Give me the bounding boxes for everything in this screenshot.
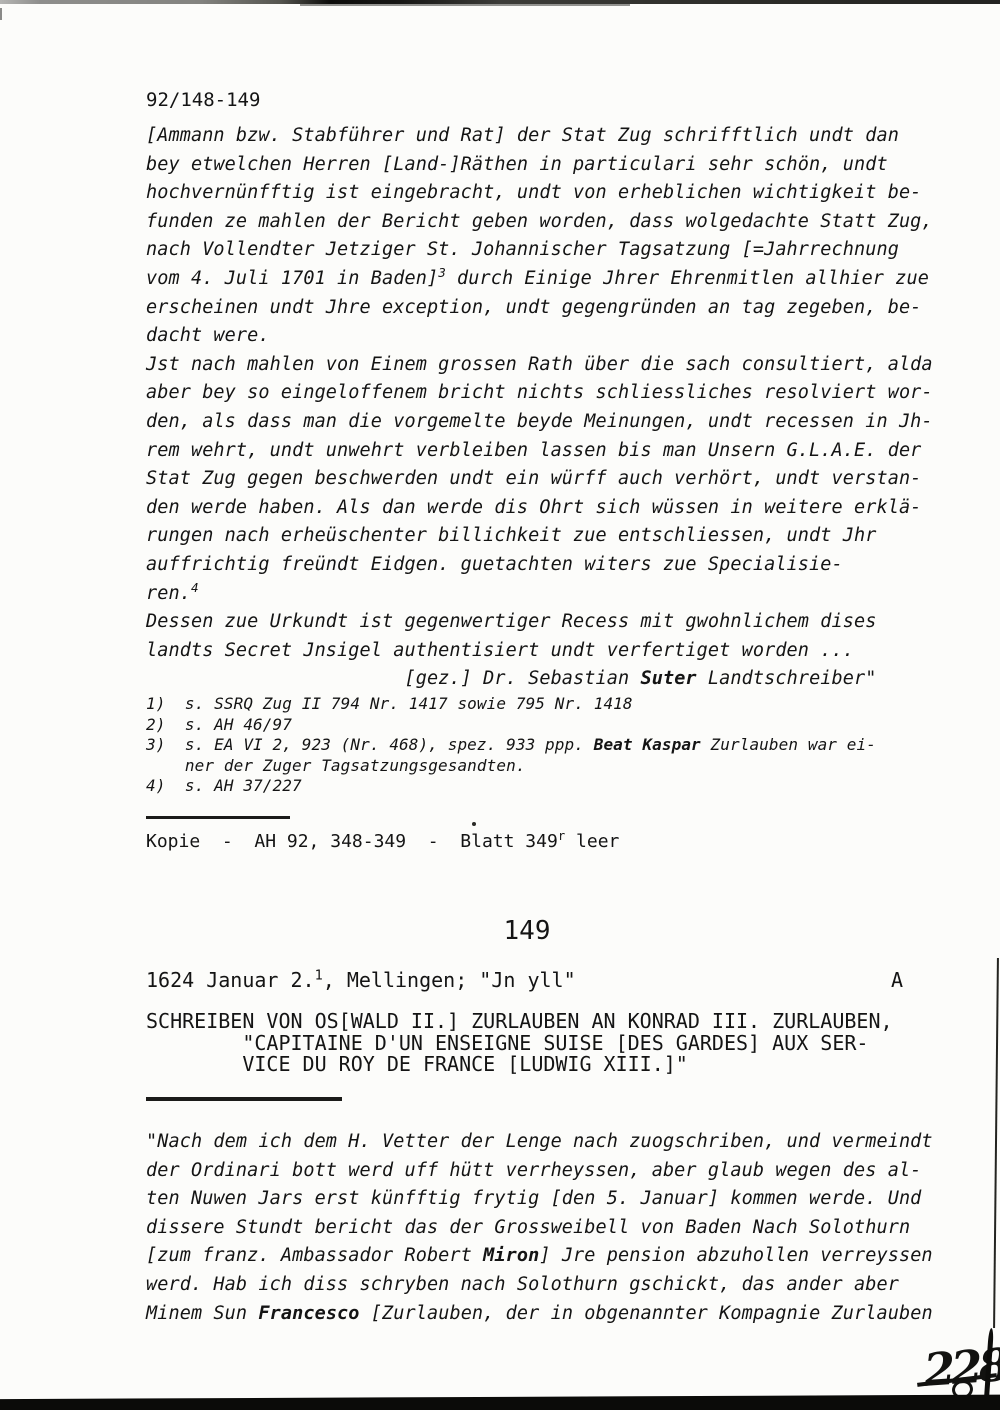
text-line: vom 4. Juli 1701 in Baden]3 durch Einige… [146,265,933,294]
text-line: rungen nach erheüschenter billichkeit zu… [146,522,933,551]
text-line: nach Vollendter Jetziger St. Johannische… [146,236,933,265]
text-line: funden ze mahlen der Bericht geben worde… [146,208,933,237]
record-149-date: 1624 Januar 2.1, Mellingen; "Jn yll" [146,967,576,993]
scan-artifact-top-bar-detail [300,4,630,6]
text-line: der Ordinari bott werd uff hütt verrheys… [146,1157,933,1186]
page-reference: 92/148-149 [146,88,260,112]
text-line: [zum franz. Ambassador Robert Miron] Jre… [146,1242,933,1271]
record-149-date-row: 1624 Januar 2.1, Mellingen; "Jn yll" A [146,967,903,993]
text-line: VICE DU ROY DE FRANCE [LUDWIG XIII.]" [146,1054,893,1076]
record-149-marginal-letter: A [891,967,903,993]
text-line: "CAPITAINE D'UN ENSEIGNE SUISE [DES GARD… [146,1033,893,1055]
text-line: den werde haben. Als dan werde dis Ohrt … [146,494,933,523]
text-line: 3) s. EA VI 2, 923 (Nr. 468), spez. 933 … [146,735,876,756]
text-line: ten Nuwen Jars erst künfftig frytig [den… [146,1185,933,1214]
scan-artifact-left-mark [0,8,2,20]
text-line: [gez.] Dr. Sebastian Suter Landtschreibe… [146,665,933,694]
text-line: auffrichtig freündt Eidgen. guetachten w… [146,551,933,580]
scan-artifact-right-edge [993,958,999,1328]
text-line: den, als dass man die vorgemelte beyde M… [146,408,933,437]
text-line: rem wehrt, undt unwehrt verbleiben lasse… [146,437,933,466]
separator-rule-heading [146,1097,342,1101]
text-line: bey etwelchen Herren [Land-]Räthen in pa… [146,151,933,180]
text-line: Minem Sun Francesco [Zurlauben, der in o… [146,1300,933,1329]
record-148-footnotes: 1) s. SSRQ Zug II 794 Nr. 1417 sowie 795… [146,694,876,797]
text-line: erscheinen undt Jhre exception, undt geg… [146,294,933,323]
text-line: 4) s. AH 37/227 [146,776,876,797]
record-148-body: [Ammann bzw. Stabführer und Rat] der Sta… [146,122,933,694]
record-149-body: "Nach dem ich dem H. Vetter der Lenge na… [146,1128,933,1328]
text-line: ren.4 [146,580,933,609]
text-line: ner der Zuger Tagsatzungsgesandten. [146,756,876,777]
text-line: dissere Stundt bericht das der Grossweib… [146,1214,933,1243]
text-line: landts Secret Jnsigel authentisiert undt… [146,637,933,666]
text-line: 1) s. SSRQ Zug II 794 Nr. 1417 sowie 795… [146,694,876,715]
scan-artifact-dot [472,822,476,826]
separator-rule-source [146,816,290,819]
scanned-document-page: 92/148-149 [Ammann bzw. Stabführer und R… [0,0,1000,1410]
text-line: werd. Hab ich diss schryben nach Solothu… [146,1271,933,1300]
text-line: hochvernünfftig ist eingebracht, undt vo… [146,179,933,208]
text-line: dacht were. [146,322,933,351]
text-line: SCHREIBEN VON OS[WALD II.] ZURLAUBEN AN … [146,1011,893,1033]
scan-artifact-bottom-bar [0,1394,1000,1410]
text-line: 2) s. AH 46/97 [146,715,876,736]
record-149-heading: SCHREIBEN VON OS[WALD II.] ZURLAUBEN AN … [146,1011,893,1076]
text-line: [Ammann bzw. Stabführer und Rat] der Sta… [146,122,933,151]
text-line: Jst nach mahlen von Einem grossen Rath ü… [146,351,933,380]
text-line: Dessen zue Urkundt ist gegenwertiger Rec… [146,608,933,637]
record-149-entry-number: 149 [146,915,908,947]
text-line: "Nach dem ich dem H. Vetter der Lenge na… [146,1128,933,1157]
text-line: aber bey so eingeloffenem bricht nichts … [146,379,933,408]
record-148-source-line: Kopie - AH 92, 348-349 - Blatt 349r leer [146,829,619,854]
text-line: Stat Zug gegen beschwerden undt ein würf… [146,465,933,494]
